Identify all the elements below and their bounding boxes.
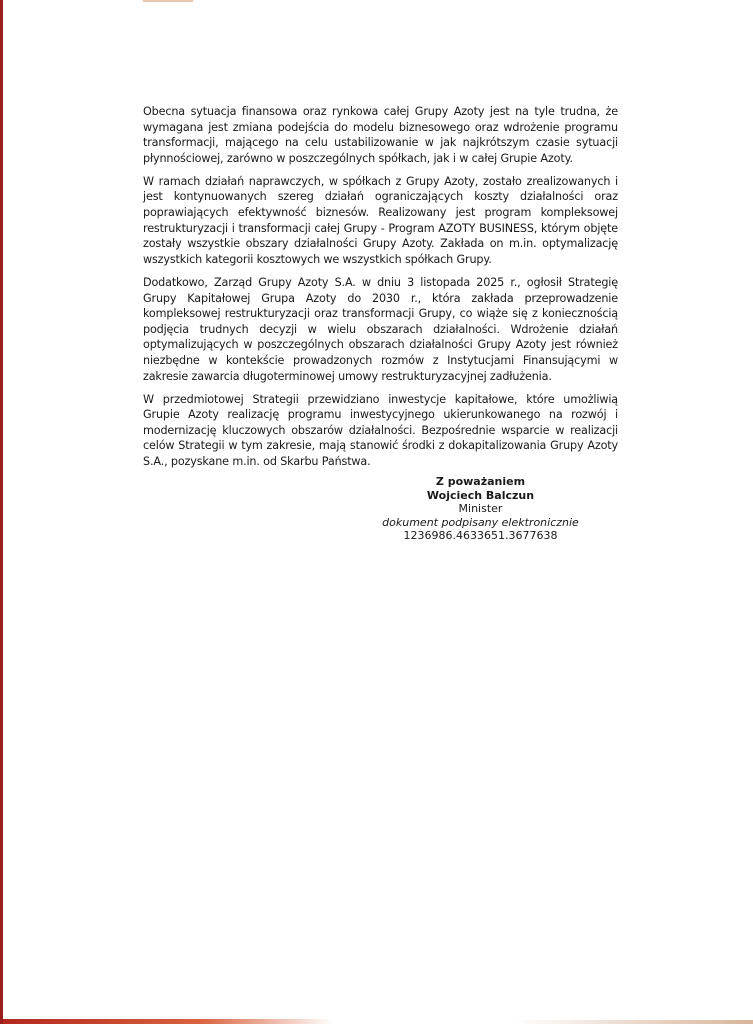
letter-body: Obecna sytuacja finansowa oraz rynkowa c…: [143, 104, 618, 477]
paragraph-financial-situation: Obecna sytuacja finansowa oraz rynkowa c…: [143, 104, 618, 166]
scan-edge-artifact: [3, 1019, 333, 1024]
signature-block: Z poważaniem Wojciech Balczun Minister d…: [373, 475, 588, 543]
scan-edge-artifact: [513, 1020, 753, 1024]
scan-edge-artifact: [143, 0, 193, 2]
signature-title: Minister: [373, 502, 588, 516]
signature-document-id: 1236986.4633651.3677638: [373, 529, 588, 543]
scanned-document-page: Obecna sytuacja finansowa oraz rynkowa c…: [0, 0, 753, 1024]
signature-closing: Z poważaniem: [373, 475, 588, 489]
signature-electronic-note: dokument podpisany elektronicznie: [373, 516, 588, 530]
signature-name: Wojciech Balczun: [373, 489, 588, 503]
paragraph-strategy-2030: Dodatkowo, Zarząd Grupy Azoty S.A. w dni…: [143, 275, 618, 384]
paragraph-remedial-actions: W ramach działań naprawczych, w spółkach…: [143, 174, 618, 268]
paragraph-capital-investments: W przedmiotowej Strategii przewidziano i…: [143, 392, 618, 470]
